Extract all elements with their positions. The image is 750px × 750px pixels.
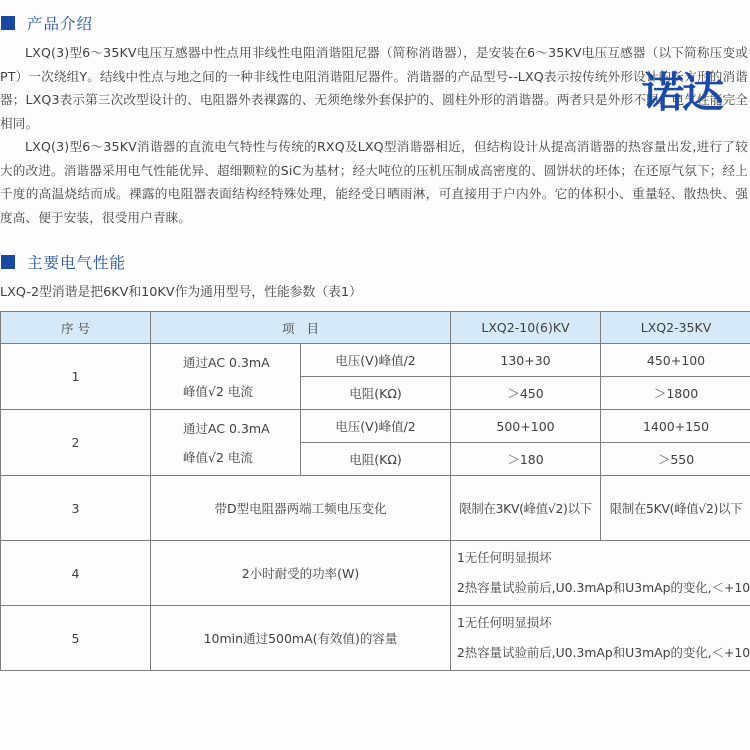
row-value-10kv: ＞180: [451, 443, 601, 476]
condition-line: 峰值√2 电流: [183, 443, 300, 472]
row-note: 1无任何明显损坏 2热容量试验前后,U0.3mAp和U3mAp的变化,＜+10: [451, 541, 750, 606]
row-value-35kv: 450+100: [601, 344, 750, 377]
table-row: 3 带D型电阻器两端工频电压变化 限制在3KV(峰值√2)以下 限制在5KV(峰…: [1, 476, 750, 541]
row-no: 1: [1, 344, 151, 410]
row-condition: 通过AC 0.3mA 峰值√2 电流: [151, 410, 301, 476]
header-no: 序 号: [1, 312, 151, 344]
section-title: 产品介绍: [27, 12, 93, 34]
table-row: 2 通过AC 0.3mA 峰值√2 电流 电压(V)峰值/2 500+100 1…: [1, 410, 750, 443]
square-bullet-icon: [1, 255, 15, 269]
note-line: 2热容量试验前后,U0.3mAp和U3mAp的变化,＜+10: [457, 638, 750, 668]
row-value-10kv: 130+30: [451, 344, 601, 377]
header-model-10kv: LXQ2-10(6)KV: [451, 312, 601, 344]
condition-line: 通过AC 0.3mA: [183, 414, 300, 443]
row-item: 10min通过500mA(有效值)的容量: [151, 606, 451, 671]
note-line: 1无任何明显损坏: [457, 543, 750, 573]
row-value-35kv: ＞1800: [601, 377, 750, 410]
row-condition: 通过AC 0.3mA 峰值√2 电流: [151, 344, 301, 410]
header-item: 项 目: [151, 312, 451, 344]
intro-paragraph-2: LXQ(3)型6～35KV消谐器的直流电气特性与传统的RXQ及LXQ型消谐器相近…: [0, 135, 748, 229]
row-value-35kv: 1400+150: [601, 410, 750, 443]
note-line: 1无任何明显损坏: [457, 608, 750, 638]
row-value-35kv: 限制在5KV(峰值√2)以下: [601, 476, 750, 541]
table-row: 5 10min通过500mA(有效值)的容量 1无任何明显损坏 2热容量试验前后…: [1, 606, 750, 671]
row-param: 电压(V)峰值/2: [301, 410, 451, 443]
row-param: 电阻(KΩ): [301, 443, 451, 476]
condition-line: 通过AC 0.3mA: [183, 348, 300, 377]
brand-watermark: 诺达: [642, 70, 722, 116]
row-value-10kv: 限制在3KV(峰值√2)以下: [451, 476, 601, 541]
spec-table: 序 号 项 目 LXQ2-10(6)KV LXQ2-35KV 1 通过AC 0.…: [0, 311, 750, 671]
row-value-10kv: 500+100: [451, 410, 601, 443]
note-line: 2热容量试验前后,U0.3mAp和U3mAp的变化,＜+10: [457, 573, 750, 603]
table-row: 4 2小时耐受的功率(W) 1无任何明显损坏 2热容量试验前后,U0.3mAp和…: [1, 541, 750, 606]
condition-line: 峰值√2 电流: [183, 377, 300, 406]
square-bullet-icon: [1, 16, 15, 30]
row-no: 5: [1, 606, 151, 671]
header-model-35kv: LXQ2-35KV: [601, 312, 750, 344]
row-no: 4: [1, 541, 151, 606]
intro-paragraph-1: LXQ(3)型6～35KV电压互感器中性点用非线性电阻消谐阻尼器（简称消谐器），…: [0, 41, 748, 135]
row-no: 2: [1, 410, 151, 476]
row-value-35kv: ＞550: [601, 443, 750, 476]
row-item: 带D型电阻器两端工频电压变化: [151, 476, 451, 541]
row-value-10kv: ＞450: [451, 377, 601, 410]
section-title: 主要电气性能: [27, 251, 126, 273]
row-item: 2小时耐受的功率(W): [151, 541, 451, 606]
row-note: 1无任何明显损坏 2热容量试验前后,U0.3mAp和U3mAp的变化,＜+10: [451, 606, 750, 671]
row-param: 电压(V)峰值/2: [301, 344, 451, 377]
table-row: 1 通过AC 0.3mA 峰值√2 电流 电压(V)峰值/2 130+30 45…: [1, 344, 750, 377]
table-header-row: 序 号 项 目 LXQ2-10(6)KV LXQ2-35KV: [1, 312, 750, 344]
row-param: 电阻(KΩ): [301, 377, 451, 410]
row-no: 3: [1, 476, 151, 541]
section-heading-electrical: 主要电气性能: [0, 251, 126, 273]
section-heading-intro: 产品介绍: [0, 12, 93, 34]
table-caption: LXQ-2型消谐是把6KV和10KV作为通用型号，性能参数（表1）: [0, 281, 362, 300]
